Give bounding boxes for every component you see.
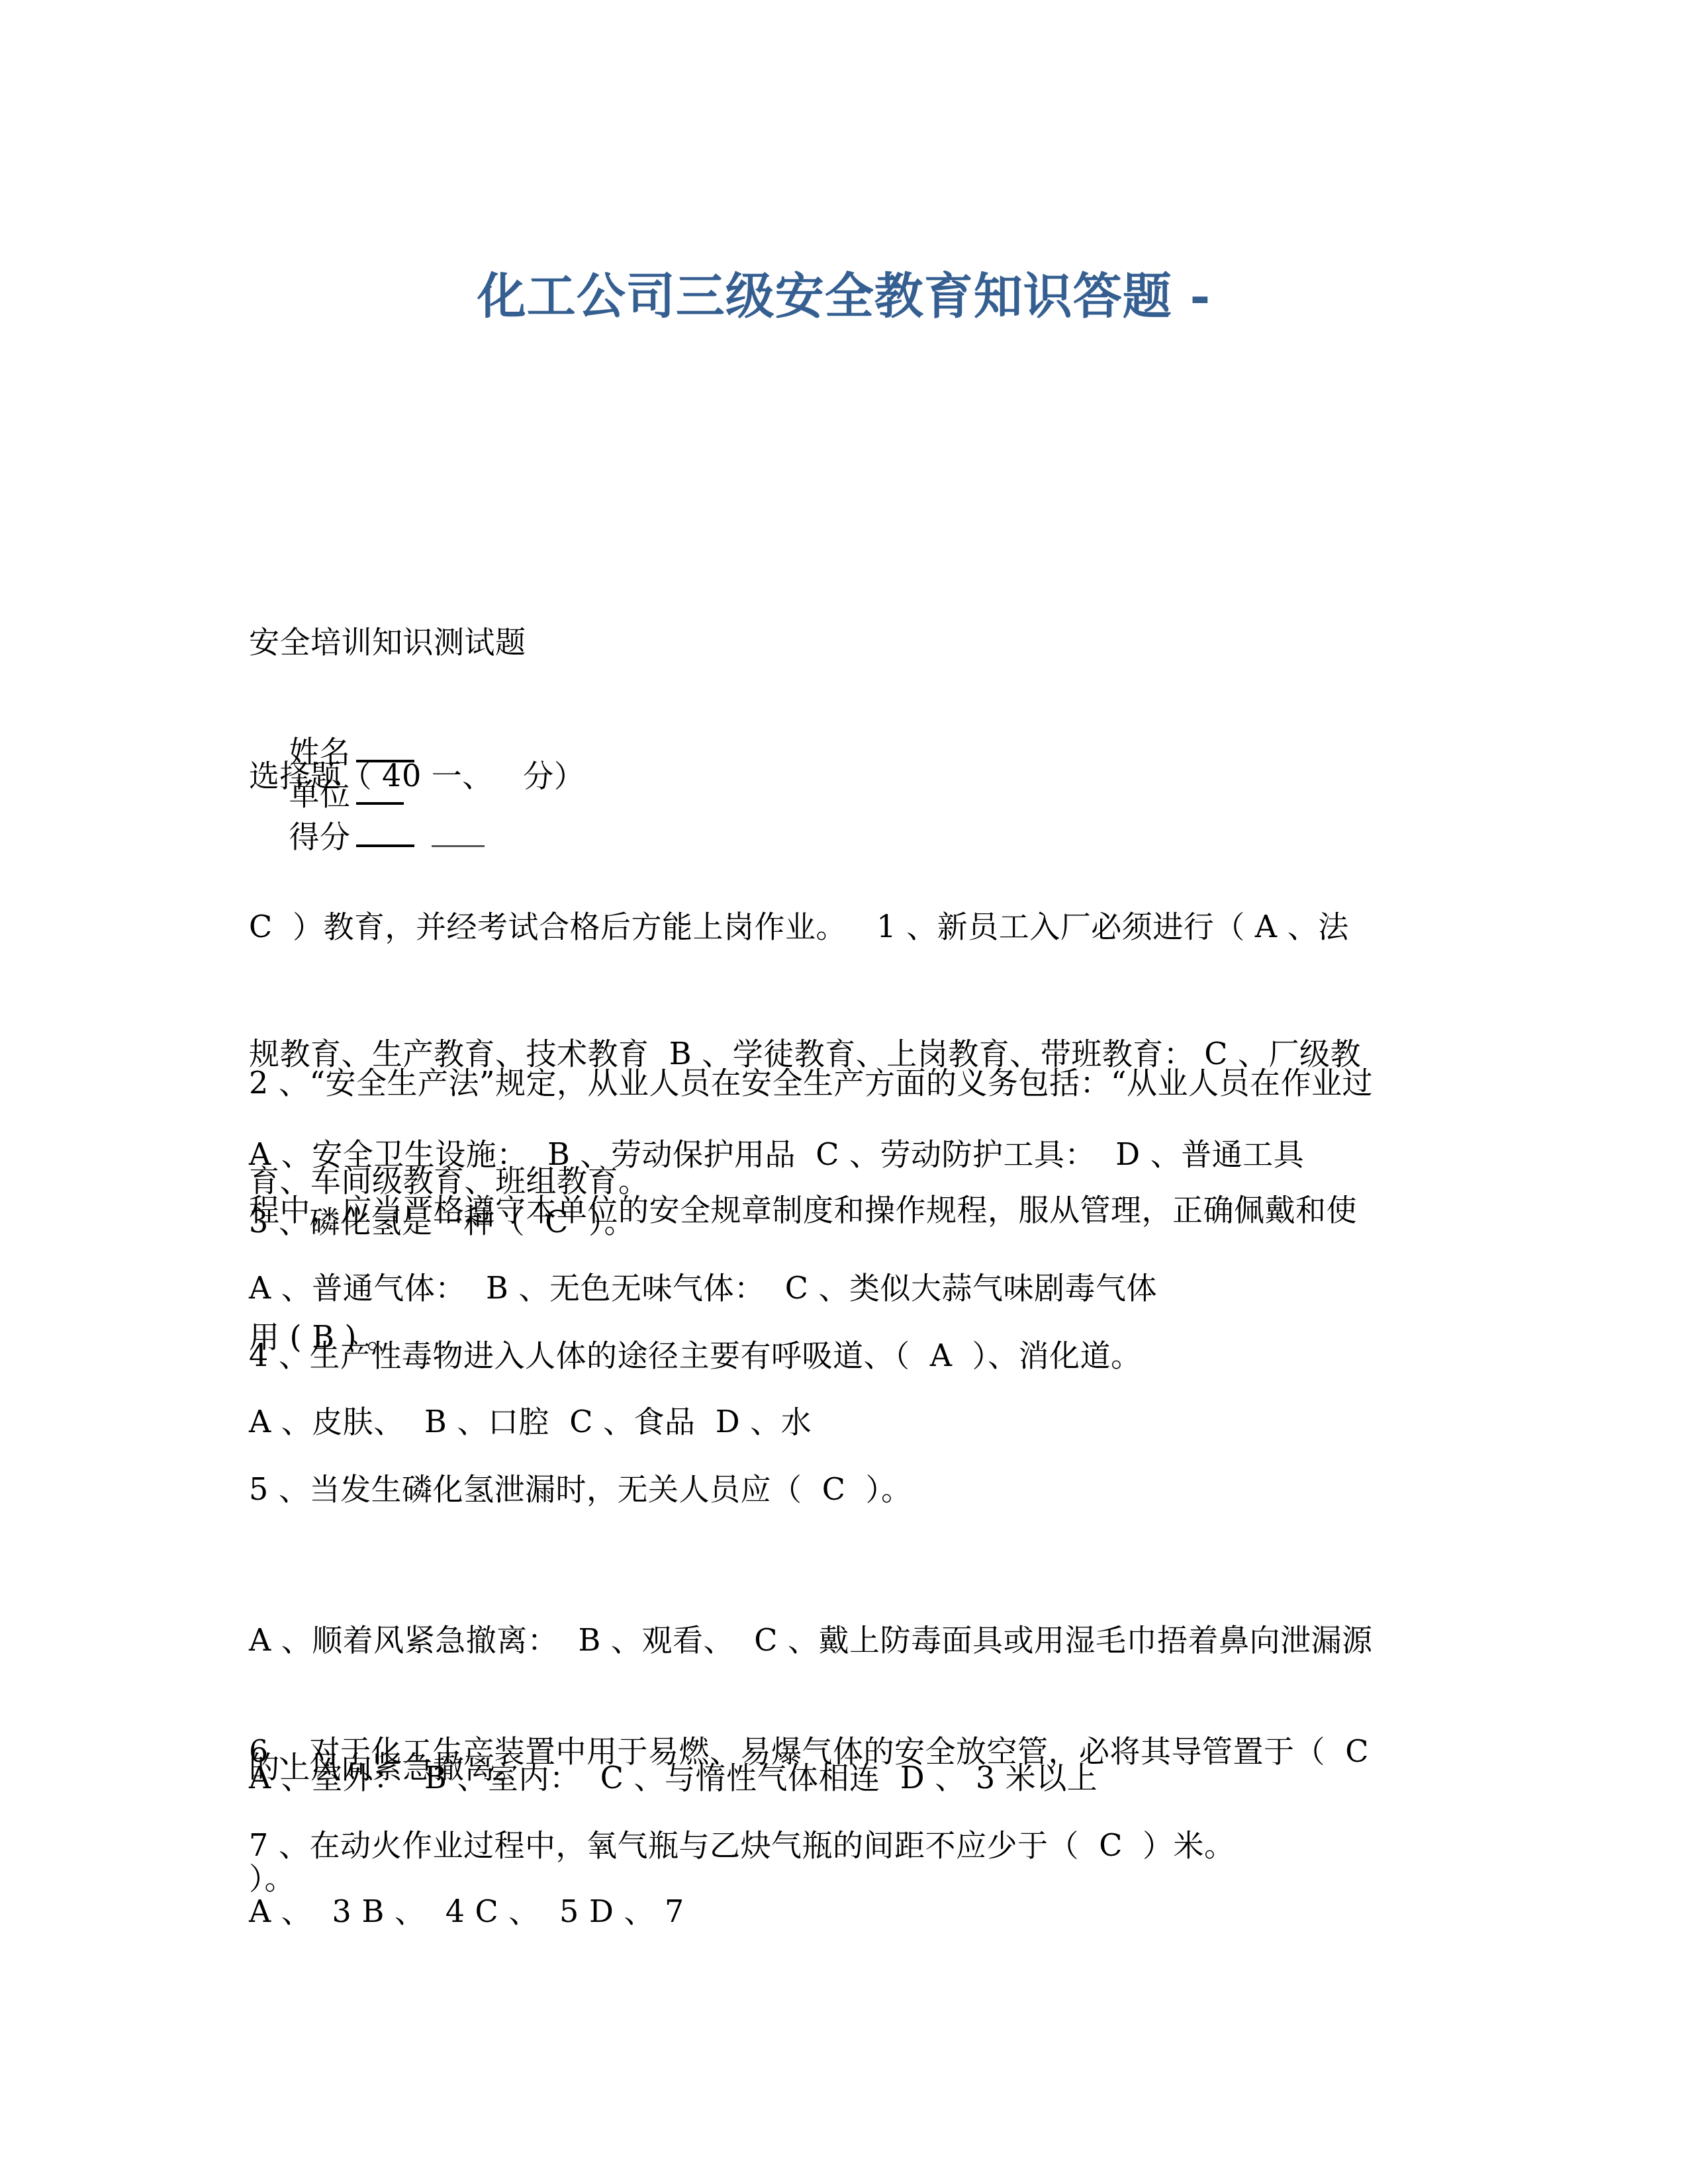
question-7: 7 、在动火作业过程中，氧气瓶与乙炔气瓶的间距不应少于（ C ）米。 — [249, 1824, 1440, 1866]
section-heading: 选择题（ 40 一、 分） — [249, 754, 1440, 797]
question-6: 6 、对于化工生产装置中用于易燃、易爆气体的安全放空管，必将其导管置于（ C ）… — [249, 1645, 1440, 1984]
question-3-options: A 、普通气体： B 、无色无味气体： C 、类似大蒜气味剧毒气体 — [249, 1267, 1440, 1309]
question-1-line-1: C ）教育，并经考试合格后方能上岗作业。 1 、新员工入厂必须进行（ A 、法 — [249, 905, 1440, 948]
question-3: 3 、磷化氢是一种（ C ）。 — [249, 1201, 1440, 1243]
document-page: 化工公司三级安全教育知识答题 - 安全培训知识测试题 姓名 单位 得分 选择题（… — [0, 0, 1688, 2184]
question-7-options: A 、 3 B 、 4 C 、 5 D 、 7 — [249, 1890, 1440, 1933]
question-2-options: A 、安全卫生设施： B 、劳动保护用品 C 、劳动防护工具： D 、普通工具 — [249, 1133, 1440, 1175]
question-4: 4 、生产性毒物进入人体的途径主要有呼吸道、（ A ）、消化道。 — [249, 1334, 1440, 1377]
question-4-options: A 、皮肤、 B 、口腔 C 、食品 D 、水 — [249, 1400, 1440, 1443]
quiz-subtitle: 安全培训知识测试题 — [249, 621, 1440, 663]
question-2-line-1: 2 、“安全生产法”规定，从业人员在安全生产方面的义务包括：“从业人员在作业过 — [249, 1062, 1440, 1104]
question-5: 5 、当发生磷化氢泄漏时，无关人员应（ C ）。 — [249, 1468, 1440, 1510]
document-title: 化工公司三级安全教育知识答题 - — [0, 263, 1688, 330]
question-6-options: A 、室外： B 、室内： C 、与惰性气体相连 D 、 3 米以上 — [249, 1756, 1440, 1799]
